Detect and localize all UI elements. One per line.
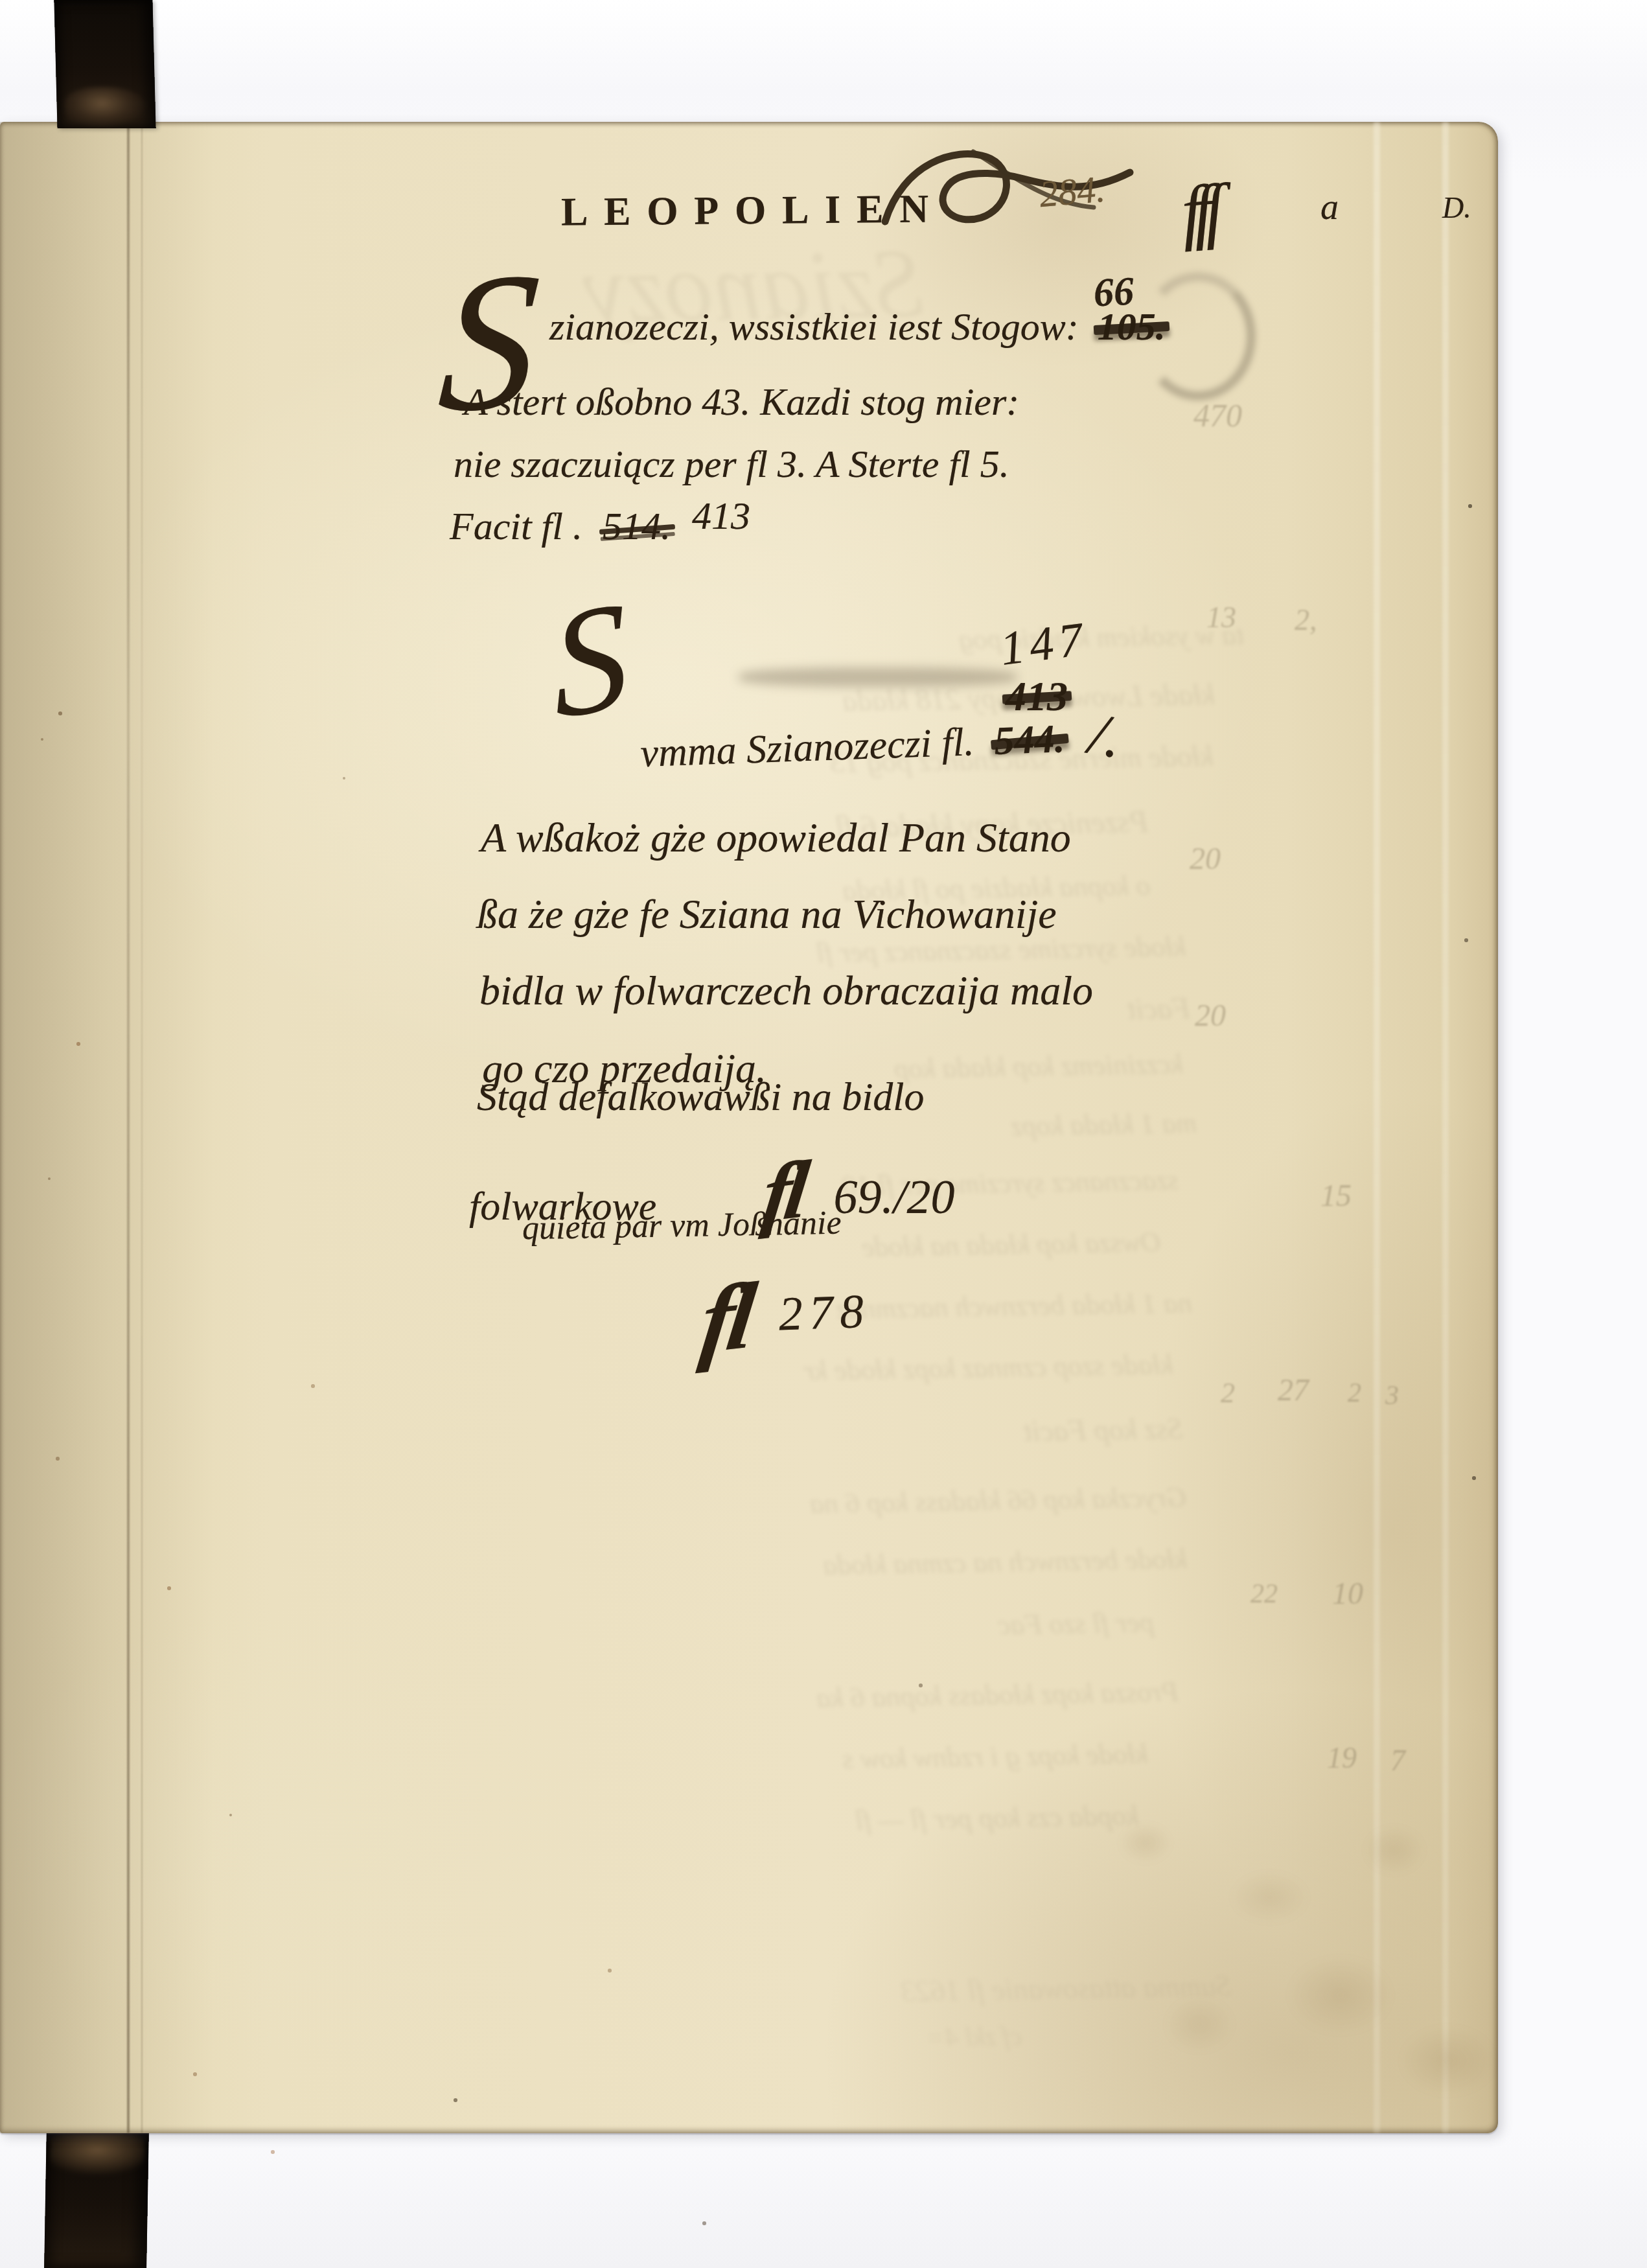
para1-line1: zianozeczi, wssistkiei iest Stogow: 105. (549, 305, 1166, 349)
bleedthrough-number: 2, (1295, 603, 1317, 637)
summa-initial: S (548, 593, 632, 729)
total-line: fl 278 (702, 1264, 870, 1374)
margin-letter-a: a (1320, 187, 1339, 228)
bleedthrough-text: Gryczka kop 66 kładass kop 6 na (810, 1481, 1187, 1520)
summa-final-value: 147 (997, 612, 1090, 677)
para1-line1-text: zianozeczi, wssistkiei iest Stogow: (549, 305, 1079, 349)
bleedthrough-number: 2 (1221, 1376, 1235, 1409)
bleedthrough-text: kopda czs kop per fl — fl (855, 1799, 1139, 1837)
paper-specks (0, 122, 1, 123)
bleedthrough-text: per fl szo Fac (998, 1606, 1155, 1641)
bleedthrough-number: 7 (1390, 1743, 1405, 1777)
margin-letter-d: D. (1442, 191, 1471, 225)
paper-stain (1083, 1770, 1498, 2133)
bleedthrough-number: 19 (1327, 1741, 1357, 1775)
summa-old-value: 544. (993, 716, 1065, 765)
scanned-manuscript-page: Szianozyta w ysokiem kladzie pogkłade Lw… (0, 0, 1647, 2268)
para2-line2: ßa że gże fe Sziana na Vichowanije (477, 890, 1057, 938)
bleedthrough-text: Summa attasowanie fl 1623 (901, 1969, 1232, 2009)
para2-line1: A wßakoż gże opowiedal Pan Stano (481, 814, 1071, 862)
total-value: 278 (778, 1284, 871, 1343)
graphite-smudge (739, 667, 1017, 687)
facit-new-value: 413 (692, 494, 750, 538)
bleedthrough-text: na 1 kłoda berznwch naczmnaz (836, 1286, 1193, 1326)
summa-label: vmma Szianozeczi fl. (639, 719, 974, 777)
facit-label: Facit fl . (450, 504, 582, 549)
monogram-flourish: ffſ (1179, 168, 1218, 254)
bleedthrough-number: 3 (1385, 1380, 1399, 1411)
bleedthrough-number: 20 (1195, 998, 1226, 1034)
para2-line3: bidla w folwarczech obraczaija malo (479, 967, 1093, 1015)
page-fold-crease (127, 122, 130, 2133)
bleedthrough-number: 10 (1332, 1576, 1363, 1612)
bleedthrough-number: 27 (1278, 1372, 1309, 1408)
page-fold-crease-secondary (141, 122, 143, 2133)
para3-line3: quieta par vm Joßhanie (522, 1204, 842, 1248)
bleedthrough-number: 13 (1206, 600, 1236, 634)
page-gutter-shadow (0, 122, 214, 2133)
bleedthrough-text: cf zkl 4= (927, 2021, 1022, 2054)
bleedthrough-number: 15 (1320, 1178, 1352, 1214)
bleedthrough-number: 20 (1190, 841, 1221, 877)
book-strap-bottom (44, 2128, 149, 2268)
para1-new-total: 66 (1092, 268, 1135, 316)
bleedthrough-text: kłode kopz g i rzdnw kow s (842, 1737, 1149, 1776)
para3-amount: 69./20 (834, 1170, 955, 1225)
para3-line1: Stąd defalkowawßi na bidlo (477, 1074, 925, 1120)
facit-old-value: 514. (603, 504, 671, 549)
bleedthrough-text: ma 1 kłada kopz (1011, 1106, 1197, 1142)
bleedthrough-text: Prosza kopz kłodass kopna 6 ka (816, 1675, 1179, 1715)
bleedthrough-number: 2 (1348, 1378, 1361, 1409)
bleedthrough-number: 22 (1250, 1579, 1278, 1610)
bleedthrough-text: Ssz kop Facit (1024, 1411, 1183, 1448)
bleedthrough-text: kczziniemz kop kłada kop (894, 1047, 1184, 1085)
para1-facit-line: Facit fl . 514. 413 (450, 504, 750, 549)
page-title: LEOPOLIEN (561, 186, 945, 235)
bleedthrough-text: Facit (1127, 991, 1191, 1026)
para1-line2: A stert oßobno 43. Kazdi stog mier: (464, 380, 1019, 424)
bleedthrough-number: 470 (1193, 397, 1242, 434)
para1-line3: nie szaczuiącz per fl 3. A Sterte fl 5. (454, 442, 1009, 487)
book-strap-top (54, 0, 155, 128)
folio-number: 284. (1037, 167, 1107, 216)
summa-slash-flourish: /. (1085, 699, 1127, 772)
florin-sign-total: fl (695, 1261, 755, 1376)
bleedthrough-text: kłode berznwch na czmna kłoda (823, 1542, 1188, 1582)
